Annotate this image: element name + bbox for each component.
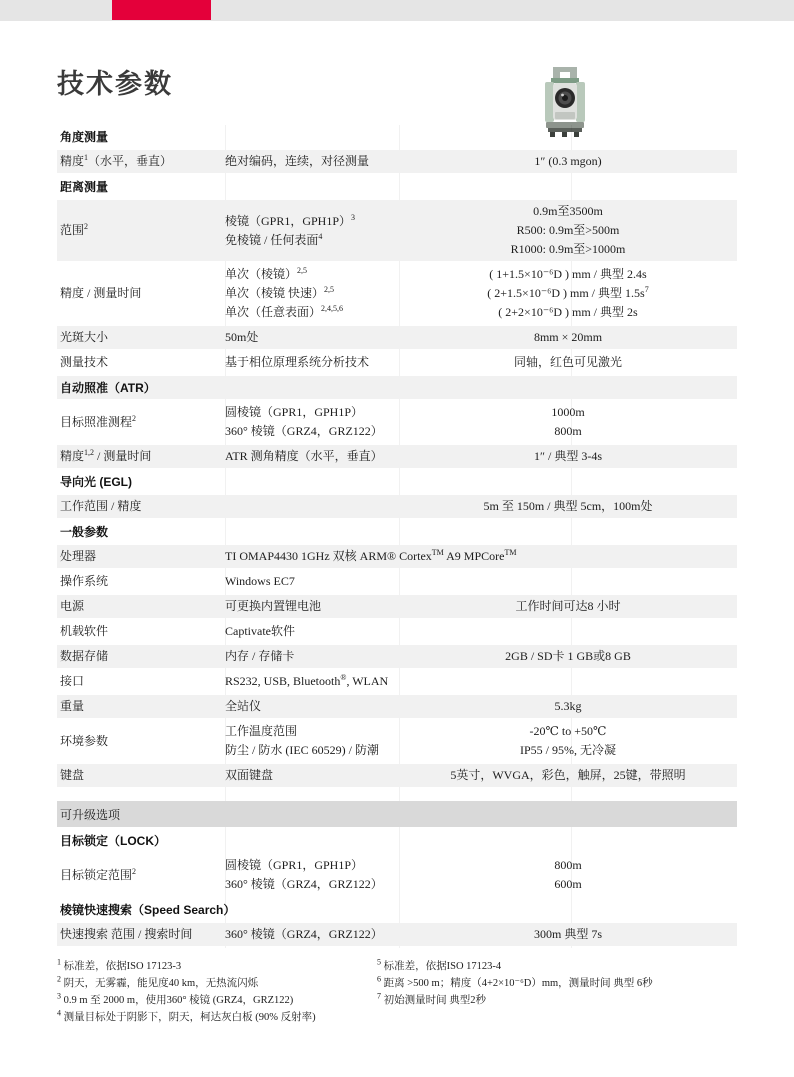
spec-value-line: 0.9m至3500m bbox=[399, 202, 737, 221]
spec-value: 800m600m bbox=[399, 854, 737, 896]
spec-value bbox=[399, 545, 737, 568]
spec-attribute: Windows EC7 bbox=[225, 570, 399, 593]
text-segment: ATR 测角精度（水平，垂直） bbox=[225, 449, 383, 463]
spec-value: -20℃ to +50℃IP55 / 95%, 无冷凝 bbox=[399, 720, 737, 762]
spec-value-line: ( 2+1.5×10⁻⁶D ) mm / 典型 1.5s7 bbox=[399, 284, 737, 303]
brand-red-flag bbox=[112, 0, 211, 20]
spec-attribute-line: ATR 测角精度（水平，垂直） bbox=[225, 447, 399, 466]
spec-attribute: 双面键盘 bbox=[225, 764, 399, 787]
text-segment: -20℃ to +50℃ bbox=[530, 724, 607, 738]
spec-value-line: 1″ / 典型 3-4s bbox=[399, 447, 737, 466]
spec-attribute-line: 圆棱镜（GPR1，GPH1P） bbox=[225, 856, 399, 875]
superscript-note: 2 bbox=[84, 222, 88, 231]
text-segment: 工作温度范围 bbox=[225, 724, 297, 738]
spec-label-line: 键盘 bbox=[60, 766, 225, 785]
text-segment: 5.3kg bbox=[555, 699, 582, 713]
text-segment: 单次（棱镜 快速） bbox=[225, 286, 324, 300]
spec-label-line: 目标照准测程2 bbox=[60, 413, 225, 432]
spec-label-line: 光斑大小 bbox=[60, 328, 225, 347]
text-segment: 导向光 (EGL) bbox=[60, 473, 132, 490]
spec-value-line: 300m 典型 7s bbox=[399, 925, 737, 944]
text-segment: 标准差，依据ISO 17123-3 bbox=[61, 961, 181, 972]
spec-value: 同轴，红色可见激光 bbox=[399, 351, 737, 374]
text-segment: 电源 bbox=[60, 599, 84, 613]
spec-attribute-line: 基于相位原理系统分析技术 bbox=[225, 353, 399, 372]
spec-label: 光斑大小 bbox=[57, 326, 225, 349]
section-header-row: 距离测量 bbox=[57, 175, 737, 198]
footnote: 6 距离 >500 m；精度（4+2×10⁻⁶D）mm，测量时间 典型 6秒 bbox=[377, 975, 737, 992]
spec-attribute bbox=[225, 495, 399, 518]
spec-value-line: 5m 至 150m / 典型 5cm，100m处 bbox=[399, 497, 737, 516]
spec-row: 重量全站仪5.3kg bbox=[57, 695, 737, 718]
spec-row: 键盘双面键盘5英寸，WVGA，彩色，触屏，25键，带照明 bbox=[57, 764, 737, 787]
spec-label: 环境参数 bbox=[57, 720, 225, 762]
footnote: 4 测量目标处于阴影下，阴天，柯达灰白板 (90% 反射率) bbox=[57, 1009, 373, 1026]
spec-value-line: 8mm × 20mm bbox=[399, 328, 737, 347]
spec-value: ( 1+1.5×10⁻⁶D ) mm / 典型 2.4s( 2+1.5×10⁻⁶… bbox=[399, 263, 737, 324]
spec-value: 1″ (0.3 mgon) bbox=[399, 150, 737, 173]
spec-value bbox=[399, 620, 737, 643]
spec-label-line: 数据存储 bbox=[60, 647, 225, 666]
text-segment: Captivate软件 bbox=[225, 624, 295, 638]
text-segment: 机载软件 bbox=[60, 624, 108, 638]
spec-label: 操作系统 bbox=[57, 570, 225, 593]
spec-row: 精度1,2 / 测量时间ATR 测角精度（水平，垂直）1″ / 典型 3-4s bbox=[57, 445, 737, 468]
text-segment: 1000m bbox=[551, 405, 584, 419]
spec-label: 精度1,2 / 测量时间 bbox=[57, 445, 225, 468]
spec-label-line: 快速搜索 范围 / 搜索时间 bbox=[60, 925, 225, 944]
text-segment: 绝对编码，连续，对径测量 bbox=[225, 154, 369, 168]
spec-label-line: 电源 bbox=[60, 597, 225, 616]
text-segment: 同轴，红色可见激光 bbox=[514, 355, 622, 369]
spec-label-line: 测量技术 bbox=[60, 353, 225, 372]
text-segment: 键盘 bbox=[60, 768, 84, 782]
spec-value-line: 同轴，红色可见激光 bbox=[399, 353, 737, 372]
footnote: 3 0.9 m 至 2000 m，使用360° 棱镜 (GRZ4，GRZ122) bbox=[57, 992, 373, 1009]
spec-attribute-line: 单次（棱镜）2,5 bbox=[225, 265, 399, 284]
text-segment: 双面键盘 bbox=[225, 768, 273, 782]
spec-label: 精度1（水平，垂直） bbox=[57, 150, 225, 173]
text-segment: 全站仪 bbox=[225, 699, 261, 713]
spec-value-line: R1000: 0.9m至>1000m bbox=[399, 240, 737, 259]
spec-attribute-line: 棱镜（GPR1，GPH1P）3 bbox=[225, 212, 399, 231]
superscript-note: 2,5 bbox=[324, 285, 334, 294]
spec-attribute-line: 防尘 / 防水 (IEC 60529) / 防潮 bbox=[225, 741, 399, 760]
spec-attribute: 工作温度范围防尘 / 防水 (IEC 60529) / 防潮 bbox=[225, 720, 399, 762]
spec-attribute-line: 可更换内置锂电池 bbox=[225, 597, 399, 616]
text-segment: 5m 至 150m / 典型 5cm，100m处 bbox=[484, 499, 653, 513]
spec-value: 5英寸，WVGA，彩色，触屏，25键，带照明 bbox=[399, 764, 737, 787]
text-segment: 接口 bbox=[60, 674, 84, 688]
spec-attribute-line: 360° 棱镜（GRZ4，GRZ122） bbox=[225, 422, 399, 441]
spec-row: 精度 / 测量时间单次（棱镜）2,5单次（棱镜 快速）2,5单次（任意表面）2,… bbox=[57, 263, 737, 324]
text-segment: 300m 典型 7s bbox=[534, 927, 602, 941]
spec-attribute: ATR 测角精度（水平，垂直） bbox=[225, 445, 399, 468]
spec-label: 数据存储 bbox=[57, 645, 225, 668]
spec-value: 8mm × 20mm bbox=[399, 326, 737, 349]
spec-row: 测量技术基于相位原理系统分析技术同轴，红色可见激光 bbox=[57, 351, 737, 374]
text-segment: 范围 bbox=[60, 223, 84, 237]
spec-value-line: 5.3kg bbox=[399, 697, 737, 716]
text-segment: 圆棱镜（GPR1，GPH1P） bbox=[225, 405, 363, 419]
spec-row: 目标照准测程2圆棱镜（GPR1，GPH1P）360° 棱镜（GRZ4，GRZ12… bbox=[57, 401, 737, 443]
spec-attribute-line: Captivate软件 bbox=[225, 622, 399, 641]
spec-attribute: 单次（棱镜）2,5单次（棱镜 快速）2,5单次（任意表面）2,4,5,6 bbox=[225, 263, 399, 324]
spec-attribute: 360° 棱镜（GRZ4，GRZ122） bbox=[225, 923, 399, 946]
spec-attribute: 全站仪 bbox=[225, 695, 399, 718]
text-segment: 800m bbox=[554, 424, 581, 438]
spec-label: 键盘 bbox=[57, 764, 225, 787]
spec-attribute-line: 50m处 bbox=[225, 328, 399, 347]
spec-label: 工作范围 / 精度 bbox=[57, 495, 225, 518]
text-segment: , WLAN bbox=[346, 674, 388, 688]
text-segment: 棱镜快速搜索（Speed Search） bbox=[60, 901, 235, 918]
page-title: 技术参数 bbox=[57, 62, 173, 101]
spec-value: 工作时间可达8 小时 bbox=[399, 595, 737, 618]
spec-label-line: 工作范围 / 精度 bbox=[60, 497, 225, 516]
spec-attribute: RS232, USB, Bluetooth®, WLAN bbox=[225, 670, 399, 693]
section-header-row: 棱镜快速搜索（Speed Search） bbox=[57, 898, 737, 921]
text-segment: ( 2+2×10⁻⁶D ) mm / 典型 2s bbox=[498, 305, 637, 319]
spec-attribute-line: 内存 / 存储卡 bbox=[225, 647, 399, 666]
spec-value-line: ( 2+2×10⁻⁶D ) mm / 典型 2s bbox=[399, 303, 737, 322]
text-segment: 1″ (0.3 mgon) bbox=[534, 154, 601, 168]
spec-value-line: ( 1+1.5×10⁻⁶D ) mm / 典型 2.4s bbox=[399, 265, 737, 284]
text-segment: RS232, USB, Bluetooth bbox=[225, 674, 340, 688]
spec-value: 5m 至 150m / 典型 5cm，100m处 bbox=[399, 495, 737, 518]
spec-row: 光斑大小50m处8mm × 20mm bbox=[57, 326, 737, 349]
section-header-row: 一般参数 bbox=[57, 520, 737, 543]
spec-label-line: 接口 bbox=[60, 672, 225, 691]
spec-label-line: 精度1,2 / 测量时间 bbox=[60, 447, 225, 466]
spec-value-line: 600m bbox=[399, 875, 737, 894]
text-segment: 距离测量 bbox=[60, 178, 108, 195]
footnote: 2 阴天，无雾霾，能见度40 km，无热流闪烁 bbox=[57, 975, 373, 992]
text-segment: 标准差，依据ISO 17123-4 bbox=[381, 961, 501, 972]
spec-row: 环境参数工作温度范围防尘 / 防水 (IEC 60529) / 防潮-20℃ t… bbox=[57, 720, 737, 762]
superscript-note: 2 bbox=[132, 867, 136, 876]
text-segment: 360° 棱镜（GRZ4，GRZ122） bbox=[225, 424, 383, 438]
spec-value: 1″ / 典型 3-4s bbox=[399, 445, 737, 468]
footnotes-right-column: 5 标准差，依据ISO 17123-46 距离 >500 m；精度（4+2×10… bbox=[377, 958, 737, 1009]
text-segment: 一般参数 bbox=[60, 523, 108, 540]
spec-value: 5.3kg bbox=[399, 695, 737, 718]
spec-attribute-line: 绝对编码，连续，对径测量 bbox=[225, 152, 399, 171]
spec-attribute: Captivate软件 bbox=[225, 620, 399, 643]
spec-value: 1000m800m bbox=[399, 401, 737, 443]
spec-value: 0.9m至3500mR500: 0.9m至>500mR1000: 0.9m至>1… bbox=[399, 200, 737, 261]
text-segment: 5英寸，WVGA，彩色，触屏，25键，带照明 bbox=[450, 768, 685, 782]
spec-label: 接口 bbox=[57, 670, 225, 693]
text-segment: 数据存储 bbox=[60, 649, 108, 663]
section-header-row: 角度测量 bbox=[57, 125, 737, 148]
spec-attribute-line: 单次（任意表面）2,4,5,6 bbox=[225, 303, 399, 322]
text-segment: 棱镜（GPR1，GPH1P） bbox=[225, 214, 351, 228]
spec-attribute-line: 工作温度范围 bbox=[225, 722, 399, 741]
text-segment: Windows EC7 bbox=[225, 574, 295, 588]
spec-label: 目标锁定范围2 bbox=[57, 854, 225, 896]
text-segment: 0.9 m 至 2000 m，使用360° 棱镜 (GRZ4，GRZ122) bbox=[61, 995, 293, 1006]
spec-table: 角度测量精度1（水平，垂直）绝对编码，连续，对径测量1″ (0.3 mgon)距… bbox=[57, 125, 737, 948]
spec-attribute-line: 单次（棱镜 快速）2,5 bbox=[225, 284, 399, 303]
text-segment: 精度 bbox=[60, 154, 84, 168]
text-segment: 自动照准（ATR） bbox=[60, 379, 156, 396]
section-header-row: 导向光 (EGL) bbox=[57, 470, 737, 493]
text-segment: ( 2+1.5×10⁻⁶D ) mm / 典型 1.5s bbox=[487, 286, 644, 300]
spec-attribute-line: RS232, USB, Bluetooth®, WLAN bbox=[225, 672, 399, 691]
superscript-note: 2 bbox=[132, 414, 136, 423]
spec-value bbox=[399, 570, 737, 593]
text-segment: 免棱镜 / 任何表面 bbox=[225, 233, 318, 247]
text-segment: 快速搜索 范围 / 搜索时间 bbox=[60, 927, 192, 941]
spec-row: 数据存储内存 / 存储卡2GB / SD卡 1 GB或8 GB bbox=[57, 645, 737, 668]
spec-row: 机载软件Captivate软件 bbox=[57, 620, 737, 643]
spec-attribute-line: 全站仪 bbox=[225, 697, 399, 716]
spec-row: 快速搜索 范围 / 搜索时间360° 棱镜（GRZ4，GRZ122）300m 典… bbox=[57, 923, 737, 946]
spec-value bbox=[399, 670, 737, 693]
text-segment: 内存 / 存储卡 bbox=[225, 649, 294, 663]
spec-label-line: 操作系统 bbox=[60, 572, 225, 591]
spec-attribute: 基于相位原理系统分析技术 bbox=[225, 351, 399, 374]
text-segment: 操作系统 bbox=[60, 574, 108, 588]
footnote: 1 标准差，依据ISO 17123-3 bbox=[57, 958, 373, 975]
spec-attribute-line: 双面键盘 bbox=[225, 766, 399, 785]
text-segment: 阴天，无雾霾，能见度40 km，无热流闪烁 bbox=[61, 978, 258, 989]
text-segment: 8mm × 20mm bbox=[534, 330, 602, 344]
text-segment: 精度 / 测量时间 bbox=[60, 286, 141, 300]
spec-label: 目标照准测程2 bbox=[57, 401, 225, 443]
superscript-note: 2,4,5,6 bbox=[321, 304, 343, 313]
spec-value: 2GB / SD卡 1 GB或8 GB bbox=[399, 645, 737, 668]
spec-label: 范围2 bbox=[57, 200, 225, 261]
text-segment: 800m bbox=[554, 858, 581, 872]
spec-label: 处理器 bbox=[57, 545, 225, 568]
spec-row: 精度1（水平，垂直）绝对编码，连续，对径测量1″ (0.3 mgon) bbox=[57, 150, 737, 173]
spec-attribute: 50m处 bbox=[225, 326, 399, 349]
text-segment: 防尘 / 防水 (IEC 60529) / 防潮 bbox=[225, 743, 379, 757]
text-segment: 1″ / 典型 3-4s bbox=[534, 449, 602, 463]
text-segment: 基于相位原理系统分析技术 bbox=[225, 355, 369, 369]
spec-row: 接口RS232, USB, Bluetooth®, WLAN bbox=[57, 670, 737, 693]
text-segment: 目标照准测程 bbox=[60, 415, 132, 429]
text-segment: 可更换内置锂电池 bbox=[225, 599, 321, 613]
text-segment: R500: 0.9m至>500m bbox=[517, 223, 620, 237]
spec-value-line: R500: 0.9m至>500m bbox=[399, 221, 737, 240]
text-segment: 0.9m至3500m bbox=[533, 204, 603, 218]
spec-label-line: 范围2 bbox=[60, 221, 225, 240]
text-segment: （水平，垂直） bbox=[88, 154, 172, 168]
text-segment: 光斑大小 bbox=[60, 330, 108, 344]
text-segment: 600m bbox=[554, 877, 581, 891]
text-segment: 圆棱镜（GPR1，GPH1P） bbox=[225, 858, 363, 872]
spec-label: 精度 / 测量时间 bbox=[57, 263, 225, 324]
upgrade-options-band: 可升级选项 bbox=[57, 801, 737, 827]
spec-attribute: TI OMAP4430 1GHz 双核 ARM® CortexTM A9 MPC… bbox=[225, 545, 399, 568]
spec-row: 目标锁定范围2圆棱镜（GPR1，GPH1P）360° 棱镜（GRZ4，GRZ12… bbox=[57, 854, 737, 896]
text-segment: R1000: 0.9m至>1000m bbox=[511, 242, 626, 256]
spec-value-line: 工作时间可达8 小时 bbox=[399, 597, 737, 616]
spec-label-line: 环境参数 bbox=[60, 732, 225, 751]
spec-value-line: 800m bbox=[399, 422, 737, 441]
spec-attribute: 棱镜（GPR1，GPH1P）3免棱镜 / 任何表面4 bbox=[225, 200, 399, 261]
spec-row: 范围2棱镜（GPR1，GPH1P）3免棱镜 / 任何表面40.9m至3500mR… bbox=[57, 200, 737, 261]
text-segment: 50m处 bbox=[225, 330, 258, 344]
spec-label-line: 重量 bbox=[60, 697, 225, 716]
text-segment: 360° 棱镜（GRZ4，GRZ122） bbox=[225, 877, 383, 891]
spec-row: 工作范围 / 精度5m 至 150m / 典型 5cm，100m处 bbox=[57, 495, 737, 518]
spec-label-line: 精度1（水平，垂直） bbox=[60, 152, 225, 171]
spec-attribute-line: Windows EC7 bbox=[225, 572, 399, 591]
text-segment: 2GB / SD卡 1 GB或8 GB bbox=[505, 649, 631, 663]
text-segment: 测量技术 bbox=[60, 355, 108, 369]
text-segment: 环境参数 bbox=[60, 734, 108, 748]
spec-attribute: 绝对编码，连续，对径测量 bbox=[225, 150, 399, 173]
spec-attribute-line: 360° 棱镜（GRZ4，GRZ122） bbox=[225, 925, 399, 944]
text-segment: / 测量时间 bbox=[94, 449, 151, 463]
footnote: 7 初始测量时间 典型2秒 bbox=[377, 992, 737, 1009]
spec-value-line: -20℃ to +50℃ bbox=[399, 722, 737, 741]
spec-row: 处理器TI OMAP4430 1GHz 双核 ARM® CortexTM A9 … bbox=[57, 545, 737, 568]
spec-attribute-line: 免棱镜 / 任何表面4 bbox=[225, 231, 399, 250]
spec-attribute-line: 360° 棱镜（GRZ4，GRZ122） bbox=[225, 875, 399, 894]
text-segment: 目标锁定（LOCK） bbox=[60, 832, 166, 849]
spec-attribute: 内存 / 存储卡 bbox=[225, 645, 399, 668]
spec-label: 测量技术 bbox=[57, 351, 225, 374]
text-segment: IP55 / 95%, 无冷凝 bbox=[520, 743, 616, 757]
spec-label-line: 处理器 bbox=[60, 547, 225, 566]
spec-label: 重量 bbox=[57, 695, 225, 718]
superscript-note: 1,2 bbox=[84, 448, 94, 457]
section-header-row: 目标锁定（LOCK） bbox=[57, 829, 737, 852]
spec-attribute: 圆棱镜（GPR1，GPH1P）360° 棱镜（GRZ4，GRZ122） bbox=[225, 401, 399, 443]
footnote: 5 标准差，依据ISO 17123-4 bbox=[377, 958, 737, 975]
text-segment: 工作时间可达8 小时 bbox=[515, 599, 620, 613]
text-segment: 角度测量 bbox=[60, 128, 108, 145]
spec-label-line: 机载软件 bbox=[60, 622, 225, 641]
section-header-row: 自动照准（ATR） bbox=[57, 376, 737, 399]
spec-attribute-line: TI OMAP4430 1GHz 双核 ARM® CortexTM A9 MPC… bbox=[225, 547, 399, 566]
spec-label: 快速搜索 范围 / 搜索时间 bbox=[57, 923, 225, 946]
superscript-note: 4 bbox=[318, 232, 322, 241]
spec-row: 电源可更换内置锂电池工作时间可达8 小时 bbox=[57, 595, 737, 618]
footnotes-left-column: 1 标准差，依据ISO 17123-32 阴天，无雾霾，能见度40 km，无热流… bbox=[57, 958, 373, 1026]
spec-label-line: 目标锁定范围2 bbox=[60, 866, 225, 885]
spec-attribute: 圆棱镜（GPR1，GPH1P）360° 棱镜（GRZ4，GRZ122） bbox=[225, 854, 399, 896]
superscript-note: 7 bbox=[645, 285, 649, 294]
spec-attribute-line: 圆棱镜（GPR1，GPH1P） bbox=[225, 403, 399, 422]
spec-label: 机载软件 bbox=[57, 620, 225, 643]
text-segment: 工作范围 / 精度 bbox=[60, 499, 141, 513]
spec-value-line: 5英寸，WVGA，彩色，触屏，25键，带照明 bbox=[399, 766, 737, 785]
datasheet-page: { "page": { "title": "技术参数", "instrument… bbox=[0, 0, 794, 1077]
text-segment: 测量目标处于阴影下，阴天，柯达灰白板 (90% 反射率) bbox=[61, 1012, 316, 1023]
text-segment: 距离 >500 m；精度（4+2×10⁻⁶D）mm，测量时间 典型 6秒 bbox=[381, 978, 653, 989]
text-segment: 精度 bbox=[60, 449, 84, 463]
spec-label: 电源 bbox=[57, 595, 225, 618]
text-segment: 单次（棱镜） bbox=[225, 267, 297, 281]
spec-value-line: 1″ (0.3 mgon) bbox=[399, 152, 737, 171]
superscript-note: 2,5 bbox=[297, 266, 307, 275]
spec-value-line: 2GB / SD卡 1 GB或8 GB bbox=[399, 647, 737, 666]
text-segment: 目标锁定范围 bbox=[60, 868, 132, 882]
spec-row: 操作系统Windows EC7 bbox=[57, 570, 737, 593]
spec-value-line: 800m bbox=[399, 856, 737, 875]
text-segment: 处理器 bbox=[60, 549, 96, 563]
text-segment: 初始测量时间 典型2秒 bbox=[381, 995, 486, 1006]
text-segment: ( 1+1.5×10⁻⁶D ) mm / 典型 2.4s bbox=[489, 267, 646, 281]
superscript-note: 3 bbox=[351, 213, 355, 222]
spec-label-line: 精度 / 测量时间 bbox=[60, 284, 225, 303]
spec-attribute: 可更换内置锂电池 bbox=[225, 595, 399, 618]
text-segment: 可升级选项 bbox=[60, 806, 120, 823]
spec-value-line: IP55 / 95%, 无冷凝 bbox=[399, 741, 737, 760]
text-segment: 360° 棱镜（GRZ4，GRZ122） bbox=[225, 927, 383, 941]
text-segment: 单次（任意表面） bbox=[225, 305, 321, 319]
text-segment: 重量 bbox=[60, 699, 84, 713]
spec-value-line: 1000m bbox=[399, 403, 737, 422]
spec-value: 300m 典型 7s bbox=[399, 923, 737, 946]
